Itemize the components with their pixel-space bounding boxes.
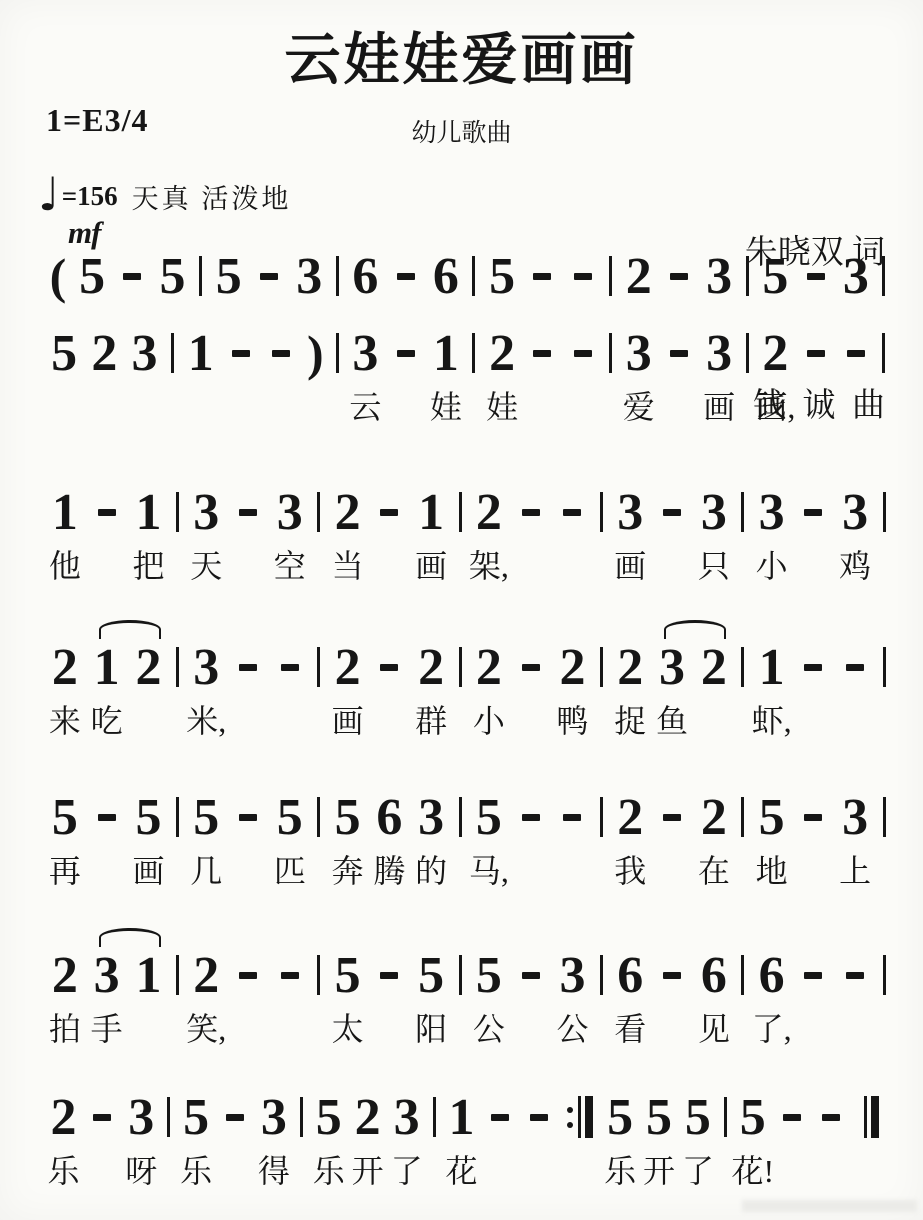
lyric-syllable: 乐 <box>47 1153 79 1190</box>
note-number: 5 <box>44 330 84 378</box>
bar-line <box>735 644 751 687</box>
note-number: 5 <box>482 253 522 301</box>
system-line-6: 2拍3手12笑,5太5阳5公3公6看6见6了, <box>44 952 892 1048</box>
system-line-7: 2乐3呀5乐3得5乐2开3了1花5乐5开5了5花! <box>44 1094 892 1190</box>
lyric-syllable: 地 <box>756 853 788 890</box>
bar-line <box>329 330 345 373</box>
note-number: 1花 <box>442 1094 481 1190</box>
notation-row: 2拍3手12笑,5太5阳5公3公6看6见6了, <box>44 952 892 1048</box>
dash-extension <box>227 794 269 821</box>
note-number: 6了, <box>751 952 793 1048</box>
bar-line <box>311 489 327 532</box>
note-number: 3上 <box>834 794 876 890</box>
dash-extension <box>796 253 836 280</box>
lyric-syllable: 画 <box>614 548 646 585</box>
bar-line <box>165 330 181 373</box>
parenthesis: ( <box>44 253 72 303</box>
note-number: 2捉 <box>609 644 651 740</box>
note-number: 2我 <box>609 794 651 890</box>
note-number: 5花! <box>733 1094 772 1190</box>
bar-line <box>876 330 892 373</box>
note-number: 5 <box>72 253 112 301</box>
dash-extension <box>227 644 269 671</box>
notation-row: 2来1吃23米,2画2群2小2鸭2捉3鱼21虾, <box>44 644 892 740</box>
dash-extension <box>793 952 835 979</box>
dash-extension <box>86 489 128 516</box>
note-number: 3手 <box>86 952 128 1048</box>
dash-extension <box>659 253 699 280</box>
bar-line <box>593 952 609 995</box>
bar-line <box>593 644 609 687</box>
note-number: 3画 <box>699 330 739 426</box>
dash-extension <box>510 952 552 979</box>
note-number: 2 <box>128 644 170 692</box>
note-number: 3爱 <box>619 330 659 426</box>
dynamic-marking: mf <box>68 215 100 251</box>
lyric-syllable: 手 <box>91 1011 123 1048</box>
note-number: 1虾, <box>751 644 793 740</box>
note-number: 5了 <box>678 1094 717 1190</box>
dash-extension <box>269 644 311 671</box>
note-number: 2小 <box>468 644 510 740</box>
final-barline <box>850 1094 892 1140</box>
note-number: 3得 <box>254 1094 293 1190</box>
lyric-syllable: 公 <box>556 1011 588 1048</box>
note-number: 2来 <box>44 644 86 740</box>
system-line-5: 5再5画5几5匹5奔6腾3的5马,2我2在5地3上 <box>44 794 892 890</box>
system-line-2: 5231)3云1娃2娃3爱3画2画, <box>44 330 892 426</box>
note-number: 5 <box>152 253 192 301</box>
lyric-syllable: 捉 <box>614 703 646 740</box>
system-line-3: 1他1把3天3空2当1画2架,3画3只3小3鸡 <box>44 489 892 585</box>
lyric-syllable: 天 <box>190 548 222 585</box>
note-number: 5 <box>755 253 795 301</box>
lyric-syllable: 虾, <box>752 703 792 740</box>
dash-extension <box>793 644 835 671</box>
bar-line <box>329 253 345 296</box>
lyric-syllable: 小 <box>756 548 788 585</box>
bar-line <box>311 644 327 687</box>
lyric-syllable: 把 <box>132 548 164 585</box>
note-number: 5马, <box>468 794 510 890</box>
lyric-syllable: 几 <box>190 853 222 890</box>
dash-extension <box>269 952 311 979</box>
note-number: 3空 <box>269 489 311 585</box>
bar-line <box>603 253 619 296</box>
bar-line <box>311 952 327 995</box>
bar-line <box>293 1094 309 1137</box>
bar-line <box>452 489 468 532</box>
dash-extension <box>386 330 426 357</box>
note-number: 3 <box>124 330 164 378</box>
lyric-syllable: 了 <box>391 1153 423 1190</box>
dash-extension <box>261 330 301 357</box>
bar-line <box>169 489 185 532</box>
note-number: 3鸡 <box>834 489 876 585</box>
note-number: 5几 <box>185 794 227 890</box>
note-number: 2 <box>693 644 735 692</box>
lyric-syllable: 见 <box>698 1011 730 1048</box>
note-number: 3云 <box>345 330 385 426</box>
lyric-syllable: 鸭 <box>556 703 588 740</box>
lyric-syllable: 了 <box>682 1153 714 1190</box>
lyric-syllable: 群 <box>415 703 447 740</box>
note-number: 1把 <box>128 489 170 585</box>
parenthesis: ) <box>301 330 329 380</box>
note-number: 2乐 <box>44 1094 83 1190</box>
dash-extension <box>481 1094 520 1121</box>
note-number: 3米, <box>185 644 227 740</box>
bar-line <box>876 253 892 296</box>
lyric-syllable: 空 <box>274 548 306 585</box>
bar-line <box>169 644 185 687</box>
bar-line <box>466 253 482 296</box>
dash-extension <box>793 489 835 516</box>
lyric-syllable: 画 <box>415 548 447 585</box>
dash-extension <box>86 794 128 821</box>
note-number: 3 <box>836 253 876 301</box>
bar-line <box>193 253 209 296</box>
note-number: 1 <box>181 330 221 378</box>
lyric-syllable: 架, <box>469 548 509 585</box>
repeat-end-barline <box>559 1094 601 1140</box>
dash-extension <box>83 1094 122 1121</box>
note-number: 2画, <box>755 330 795 426</box>
note-number: 5地 <box>751 794 793 890</box>
bar-line <box>739 253 755 296</box>
note-number: 2拍 <box>44 952 86 1048</box>
note-number: 5画 <box>128 794 170 890</box>
lyric-syllable: 花! <box>731 1153 774 1190</box>
note-number: 3 <box>699 253 739 301</box>
lyric-syllable: 再 <box>49 853 81 890</box>
lyric-syllable: 阳 <box>415 1011 447 1048</box>
lyric-syllable: 爱 <box>623 389 655 426</box>
notation-row: 5再5画5几5匹5奔6腾3的5马,2我2在5地3上 <box>44 794 892 890</box>
note-number: 5公 <box>468 952 510 1048</box>
note-number: 6看 <box>609 952 651 1048</box>
notation-row: 1他1把3天3空2当1画2架,3画3只3小3鸡 <box>44 489 892 585</box>
dash-extension <box>510 489 552 516</box>
lyric-syllable: 来 <box>49 703 81 740</box>
lyric-syllable: 上 <box>839 853 871 890</box>
bar-line <box>452 952 468 995</box>
note-number: 5阳 <box>410 952 452 1048</box>
note-number: 2娃 <box>482 330 522 426</box>
note-number: 1娃 <box>426 330 466 426</box>
bar-line <box>593 489 609 532</box>
lyric-syllable: 花 <box>445 1153 477 1190</box>
bar-line <box>717 1094 733 1137</box>
dash-extension <box>552 794 594 821</box>
dash-extension <box>562 253 602 280</box>
dash-extension <box>249 253 289 280</box>
bar-line <box>169 952 185 995</box>
dash-extension <box>112 253 152 280</box>
note-number: 2架, <box>468 489 510 585</box>
notation-row: 5231)3云1娃2娃3爱3画2画, <box>44 330 892 426</box>
lyric-syllable: 公 <box>473 1011 505 1048</box>
lyric-syllable: 匹 <box>274 853 306 890</box>
bar-line <box>426 1094 442 1137</box>
note-number: 5太 <box>327 952 369 1048</box>
note-number: 3鱼 <box>651 644 693 740</box>
bar-line <box>452 644 468 687</box>
dash-extension <box>772 1094 811 1121</box>
dash-extension <box>368 952 410 979</box>
dash-extension <box>227 952 269 979</box>
note-number: 5匹 <box>269 794 311 890</box>
note-number: 3天 <box>185 489 227 585</box>
lyric-syllable: 腾 <box>373 853 405 890</box>
note-number: 3的 <box>410 794 452 890</box>
lyric-syllable: 的 <box>415 853 447 890</box>
bar-line <box>876 489 892 532</box>
lyric-syllable: 鱼 <box>656 703 688 740</box>
lyric-syllable: 画, <box>755 389 795 426</box>
lyric-syllable: 米, <box>186 703 226 740</box>
lyric-syllable: 开 <box>643 1153 675 1190</box>
bar-line <box>161 1094 177 1137</box>
lyric-syllable: 鸡 <box>839 548 871 585</box>
bar-line <box>876 794 892 837</box>
bar-line <box>603 330 619 373</box>
bar-line <box>876 644 892 687</box>
note-number: 3呀 <box>122 1094 161 1190</box>
lyric-syllable: 奔 <box>332 853 364 890</box>
lyric-syllable: 吃 <box>91 703 123 740</box>
dash-extension <box>227 489 269 516</box>
score-area: (55536652353mf5231)3云1娃2娃3爱3画2画,1他1把3天3空… <box>44 0 892 1220</box>
sheet-music-page: 云娃娃爱画画 1=E3/4 幼儿歌曲 朱晓双 词 钱 诚 曲 ♩ =156 天真… <box>0 0 923 1220</box>
note-number: 2 <box>84 330 124 378</box>
lyric-syllable: 太 <box>332 1011 364 1048</box>
lyric-syllable: 乐 <box>180 1153 212 1190</box>
bar-line <box>735 952 751 995</box>
note-number: 5乐 <box>309 1094 348 1190</box>
lyric-syllable: 当 <box>332 548 364 585</box>
note-number: 5乐 <box>177 1094 216 1190</box>
dash-extension <box>520 1094 559 1121</box>
dash-extension <box>793 794 835 821</box>
bar-line <box>169 794 185 837</box>
bar-line <box>466 330 482 373</box>
lyric-syllable: 小 <box>473 703 505 740</box>
lyric-syllable: 乐 <box>313 1153 345 1190</box>
note-number: 1他 <box>44 489 86 585</box>
bar-line <box>739 330 755 373</box>
lyric-syllable: 他 <box>49 548 81 585</box>
dash-extension <box>386 253 426 280</box>
dash-extension <box>510 794 552 821</box>
dash-extension <box>552 489 594 516</box>
lyric-syllable: 我 <box>614 853 646 890</box>
dash-extension <box>522 330 562 357</box>
lyric-syllable: 马, <box>469 853 509 890</box>
dash-extension <box>811 1094 850 1121</box>
lyric-syllable: 画 <box>332 703 364 740</box>
dash-extension <box>836 330 876 357</box>
note-number: 3了 <box>387 1094 426 1190</box>
dash-extension <box>834 952 876 979</box>
system-line-4: 2来1吃23米,2画2群2小2鸭2捉3鱼21虾, <box>44 644 892 740</box>
lyric-syllable: 笑, <box>186 1011 226 1048</box>
dash-extension <box>221 330 261 357</box>
note-number: 6见 <box>693 952 735 1048</box>
dash-extension <box>651 952 693 979</box>
note-number: 6 <box>345 253 385 301</box>
slur-arc <box>99 620 161 639</box>
lyric-syllable: 看 <box>614 1011 646 1048</box>
note-number: 2鸭 <box>552 644 594 740</box>
dash-extension <box>834 644 876 671</box>
dash-extension <box>562 330 602 357</box>
note-number: 1吃 <box>86 644 128 740</box>
lyric-syllable: 画 <box>703 389 735 426</box>
bar-line <box>876 952 892 995</box>
note-number: 3只 <box>693 489 735 585</box>
note-number: 3 <box>289 253 329 301</box>
note-number: 6 <box>426 253 466 301</box>
bar-line <box>735 489 751 532</box>
note-number: 3小 <box>751 489 793 585</box>
bar-line <box>735 794 751 837</box>
lyric-syllable: 拍 <box>49 1011 81 1048</box>
dash-extension <box>651 489 693 516</box>
note-number: 1画 <box>410 489 452 585</box>
bar-line <box>593 794 609 837</box>
note-number: 5 <box>209 253 249 301</box>
lyric-syllable: 娃 <box>430 389 462 426</box>
dash-extension <box>368 644 410 671</box>
note-number: 2笑, <box>185 952 227 1048</box>
slur-arc <box>99 928 161 947</box>
lyric-syllable: 开 <box>352 1153 384 1190</box>
dash-extension <box>659 330 699 357</box>
note-number: 3公 <box>552 952 594 1048</box>
dash-extension <box>368 489 410 516</box>
note-number: 2当 <box>327 489 369 585</box>
note-number: 2 <box>619 253 659 301</box>
lyric-syllable: 呀 <box>125 1153 157 1190</box>
lyric-syllable: 乐 <box>604 1153 636 1190</box>
dash-extension <box>651 794 693 821</box>
dash-extension <box>510 644 552 671</box>
note-number: 1 <box>128 952 170 1000</box>
bar-line <box>311 794 327 837</box>
note-number: 5再 <box>44 794 86 890</box>
dash-extension <box>796 330 836 357</box>
note-number: 5乐 <box>601 1094 640 1190</box>
lyric-syllable: 得 <box>258 1153 290 1190</box>
lyric-syllable: 画 <box>132 853 164 890</box>
note-number: 2画 <box>327 644 369 740</box>
scan-smudge <box>742 1200 917 1212</box>
lyric-syllable: 在 <box>698 853 730 890</box>
dash-extension <box>216 1094 255 1121</box>
lyric-syllable: 云 <box>349 389 381 426</box>
lyric-syllable: 了, <box>752 1011 792 1048</box>
lyric-syllable: 只 <box>698 548 730 585</box>
note-number: 2开 <box>348 1094 387 1190</box>
notation-row: (55536652353mf <box>44 253 892 303</box>
note-number: 5开 <box>640 1094 679 1190</box>
note-number: 6腾 <box>368 794 410 890</box>
note-number: 2群 <box>410 644 452 740</box>
slur-arc <box>664 620 726 639</box>
bar-line <box>452 794 468 837</box>
note-number: 3画 <box>609 489 651 585</box>
system-line-1: (55536652353mf <box>44 253 892 303</box>
note-number: 5奔 <box>327 794 369 890</box>
lyric-syllable: 娃 <box>486 389 518 426</box>
dash-extension <box>522 253 562 280</box>
notation-row: 2乐3呀5乐3得5乐2开3了1花5乐5开5了5花! <box>44 1094 892 1190</box>
note-number: 2在 <box>693 794 735 890</box>
